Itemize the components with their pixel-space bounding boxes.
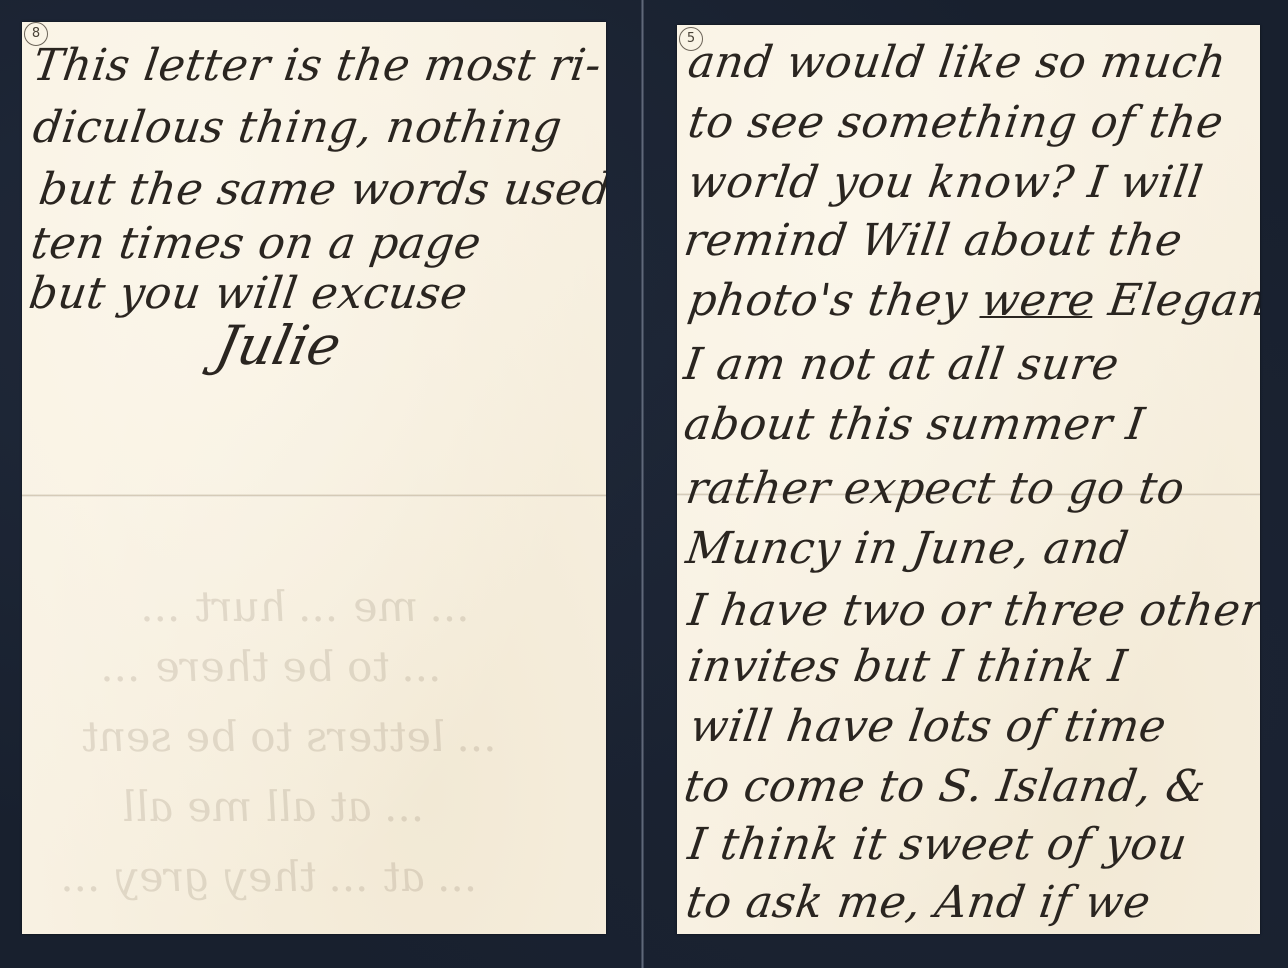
handwritten-line: ten times on a page	[28, 218, 484, 269]
center-binding-crease	[641, 0, 644, 968]
handwritten-line: to come to S. Island, &	[681, 761, 1209, 812]
bleed-through-text: ... at ... they grey ...	[59, 852, 483, 901]
handwritten-line: rather expect to go to	[683, 463, 1188, 514]
handwritten-line: world you know? I will	[685, 157, 1206, 208]
handwritten-line: but the same words used	[36, 164, 606, 215]
handwritten-line: about this summer I	[681, 399, 1148, 450]
bleed-through-text: ... letters to be sent	[79, 712, 502, 761]
handwritten-line: diculous thing, nothing	[30, 102, 565, 153]
handwritten-line: I think it sweet of you	[685, 819, 1190, 870]
handwritten-line: but you will excuse	[26, 268, 471, 319]
bleed-through-text: ... to be there ...	[99, 642, 447, 691]
handwritten-line: This letter is the most ri-	[30, 40, 605, 91]
handwritten-line: remind Will about the	[681, 215, 1186, 266]
line-segment: photo's they	[685, 275, 985, 326]
bleed-through-text: ... me ... hurt ...	[139, 582, 475, 631]
handwritten-line: invites but I think I	[685, 641, 1130, 692]
horizontal-fold-line	[22, 494, 606, 497]
handwritten-line: I am not at all sure	[681, 339, 1122, 390]
handwritten-line: I have two or three other	[685, 585, 1260, 636]
signature: Julie	[210, 314, 346, 377]
line-segment: Elegant.	[1091, 275, 1260, 326]
handwritten-line: to ask me, And if we	[683, 877, 1154, 928]
letter-page-right: 5 and would like so much to see somethin…	[677, 25, 1260, 934]
handwritten-line: and would like so much	[685, 37, 1230, 88]
handwritten-line: Muncy in June, and	[683, 523, 1132, 574]
handwritten-line: to see something of the	[685, 97, 1227, 148]
underlined-word: were	[978, 275, 1098, 326]
handwritten-line: photo's they were Elegant.	[685, 275, 1260, 326]
letter-page-left: 8 This letter is the most ri- diculous t…	[22, 22, 606, 934]
handwritten-line: will have lots of time	[687, 701, 1170, 752]
bleed-through-text: ... at all me all	[119, 782, 430, 831]
